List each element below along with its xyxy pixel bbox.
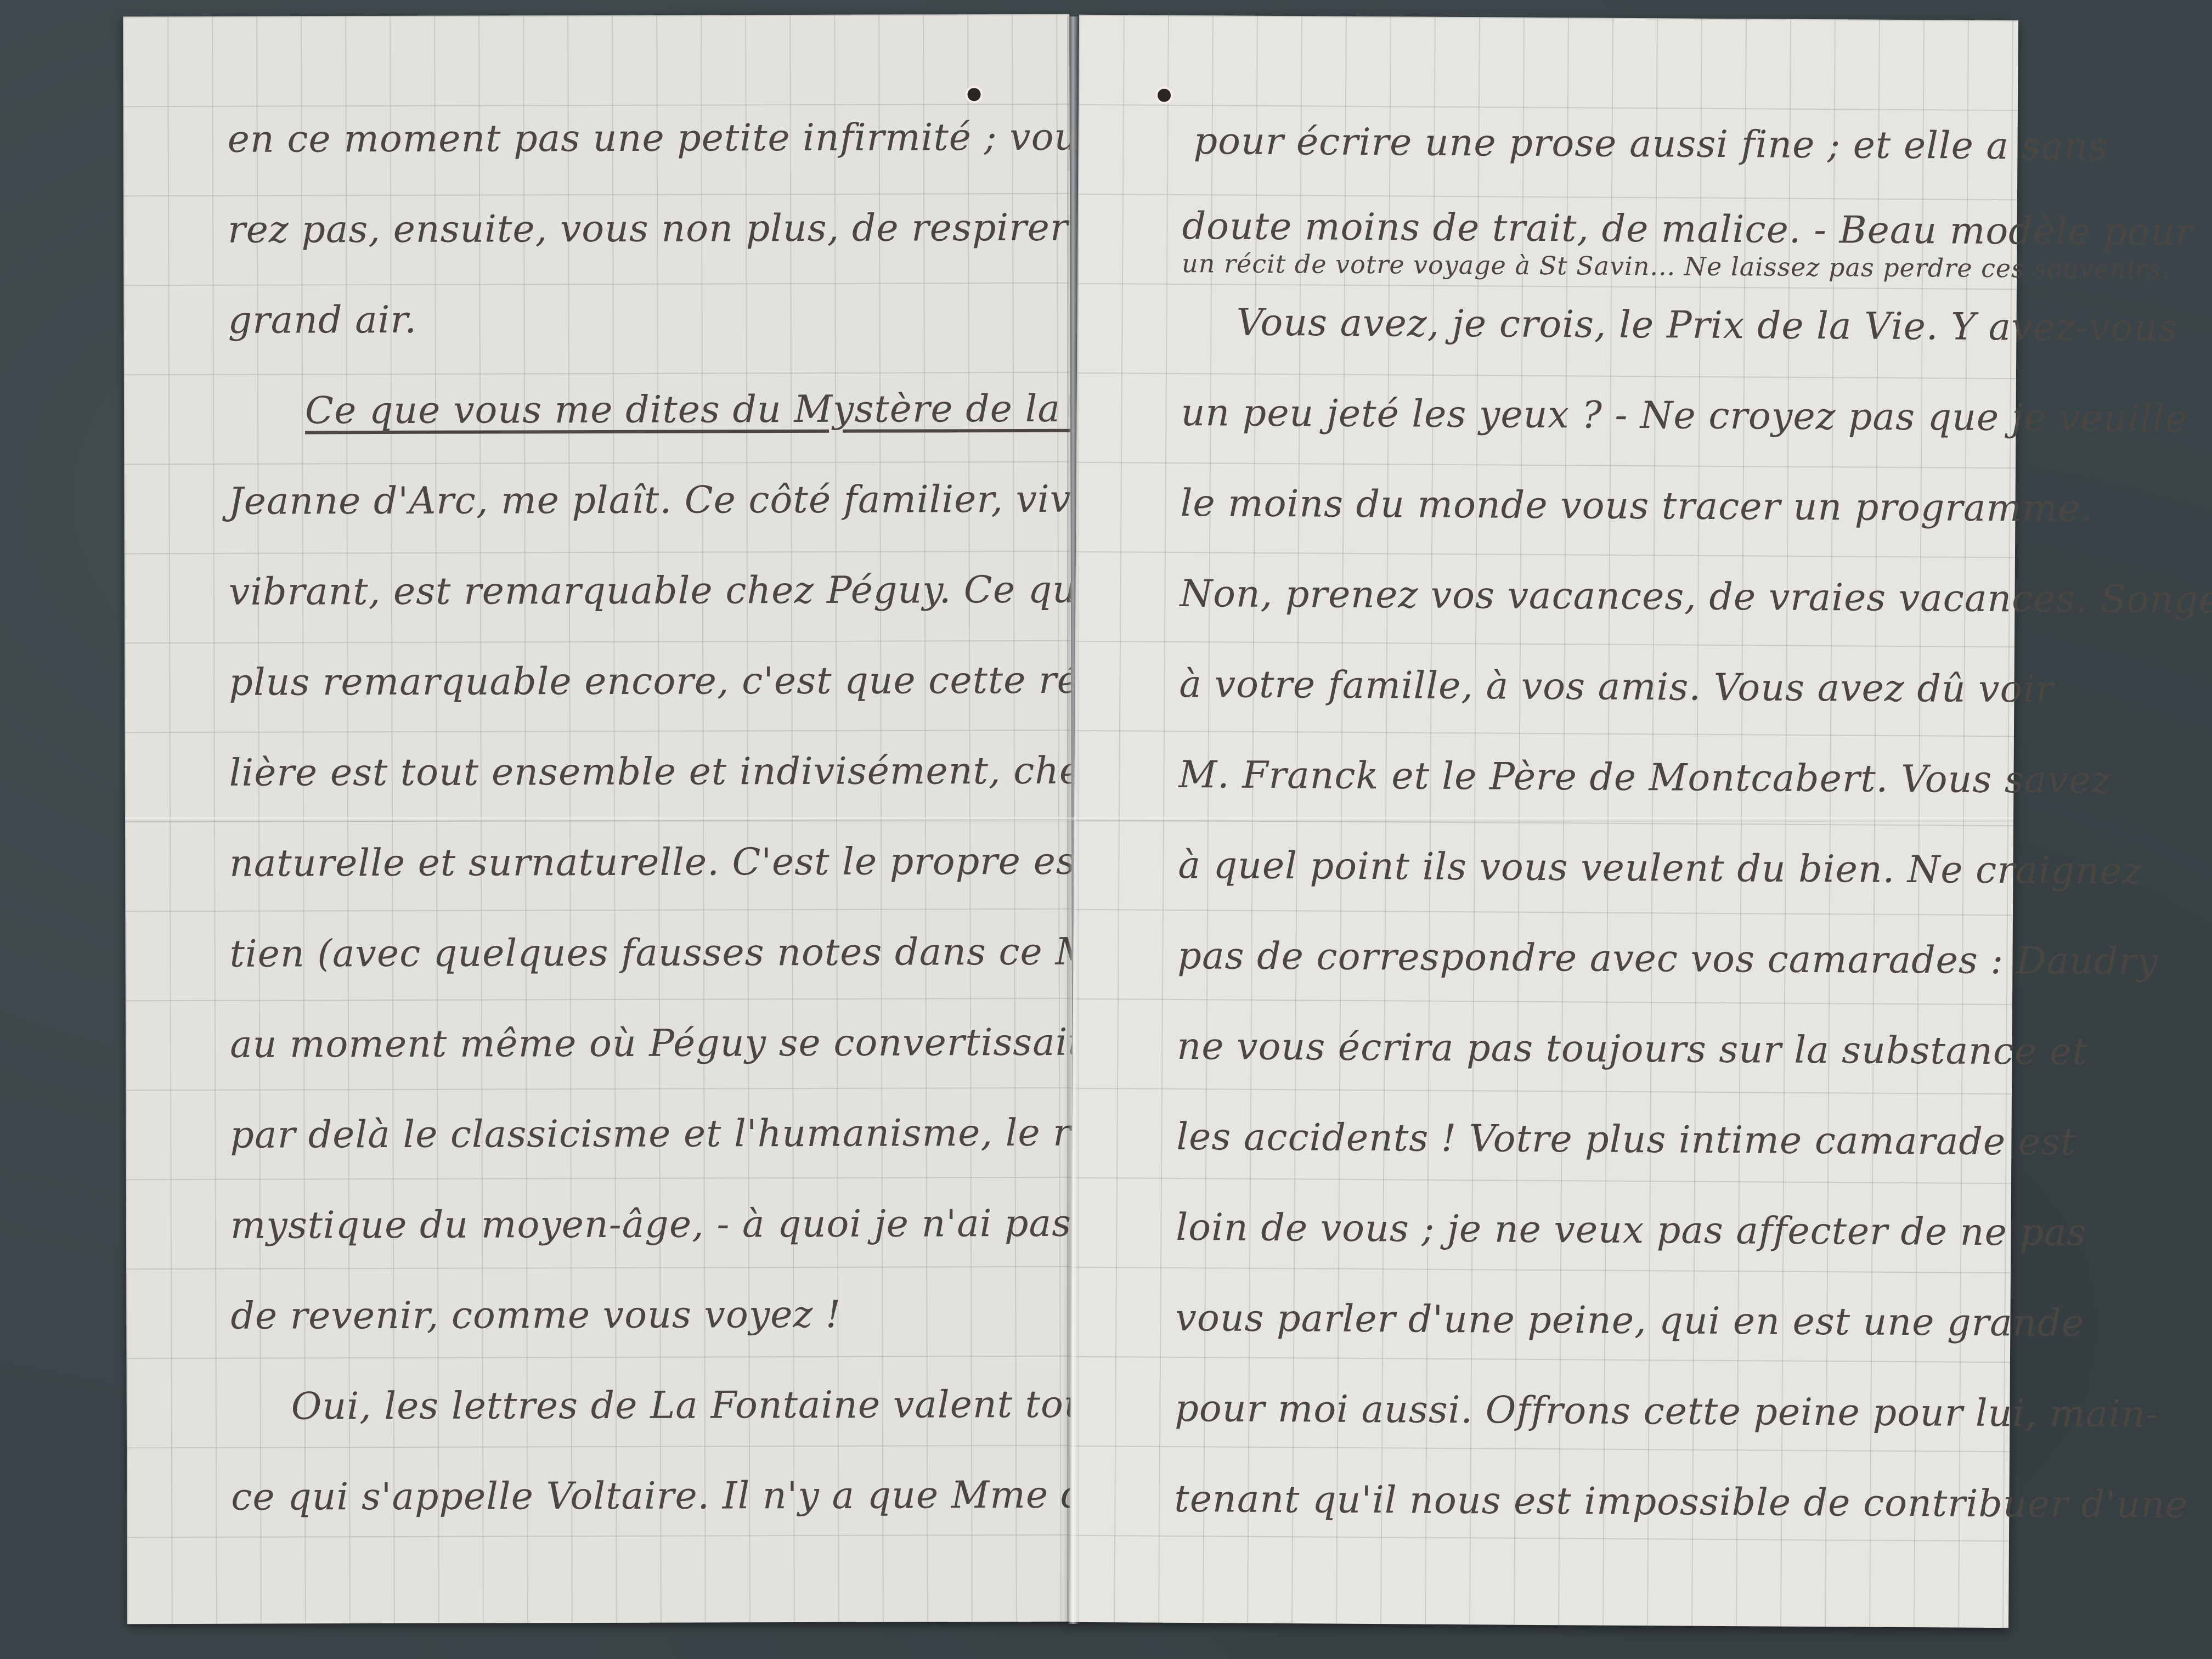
- text-line: le moins du monde vous tracer un program…: [1180, 482, 2093, 531]
- text-line: M. Franck et le Père de Montcabert. Vous…: [1178, 753, 2112, 802]
- text-line: pas de correspondre avec vos camarades :…: [1177, 934, 2158, 984]
- text-line: mystique du moyen-âge, - à quoi je n'ai …: [230, 1201, 1148, 1247]
- text-line: Jeanne d'Arc, me plaît. Ce côté familier…: [228, 477, 1147, 523]
- text-line: loin de vous ; je ne veux pas affecter d…: [1176, 1206, 2086, 1255]
- text-line: pour moi aussi. Offrons cette peine pour…: [1175, 1387, 2159, 1436]
- text-line: Vous avez, je crois, le Prix de la Vie. …: [1236, 301, 2178, 350]
- text-line: tenant qu'il nous est impossible de cont…: [1174, 1477, 2188, 1527]
- text-line: vous parler d'une peine, qui en est une …: [1175, 1296, 2084, 1345]
- text-line: ne vous écrira pas toujours sur la subst…: [1177, 1025, 2087, 1074]
- text-line: à quel point ils vous veulent du bien. N…: [1178, 844, 2142, 893]
- text-line: rez pas, ensuite, vous non plus, de resp…: [228, 206, 1116, 252]
- text-line: Non, prenez vos vacances, de vraies vaca…: [1180, 572, 2212, 622]
- text-line: à votre famille, à vos amis. Vous avez d…: [1179, 663, 2054, 712]
- text-line: grand air.: [228, 298, 417, 342]
- text-line: lière est tout ensemble et indivisément,…: [229, 749, 1177, 795]
- text-line: doute moins de trait, de malice. - Beau …: [1182, 205, 2193, 254]
- text-line: vibrant, est remarquable chez Péguy. Ce …: [229, 568, 1160, 613]
- text-line: un peu jeté les yeux ? - Ne croyez pas q…: [1181, 391, 2188, 441]
- text-line: les accidents ! Votre plus intime camara…: [1176, 1115, 2076, 1164]
- text-line: un récit de votre voyage à St Savin... N…: [1182, 249, 2170, 284]
- horizontal-fold-crease: [125, 817, 2013, 822]
- text-line: de revenir, comme vous voyez !: [230, 1293, 841, 1338]
- text-line: pour écrire une prose aussi fine ; et el…: [1193, 120, 2108, 168]
- text-line: Oui, les lettres de La Fontaine valent t…: [291, 1383, 1104, 1429]
